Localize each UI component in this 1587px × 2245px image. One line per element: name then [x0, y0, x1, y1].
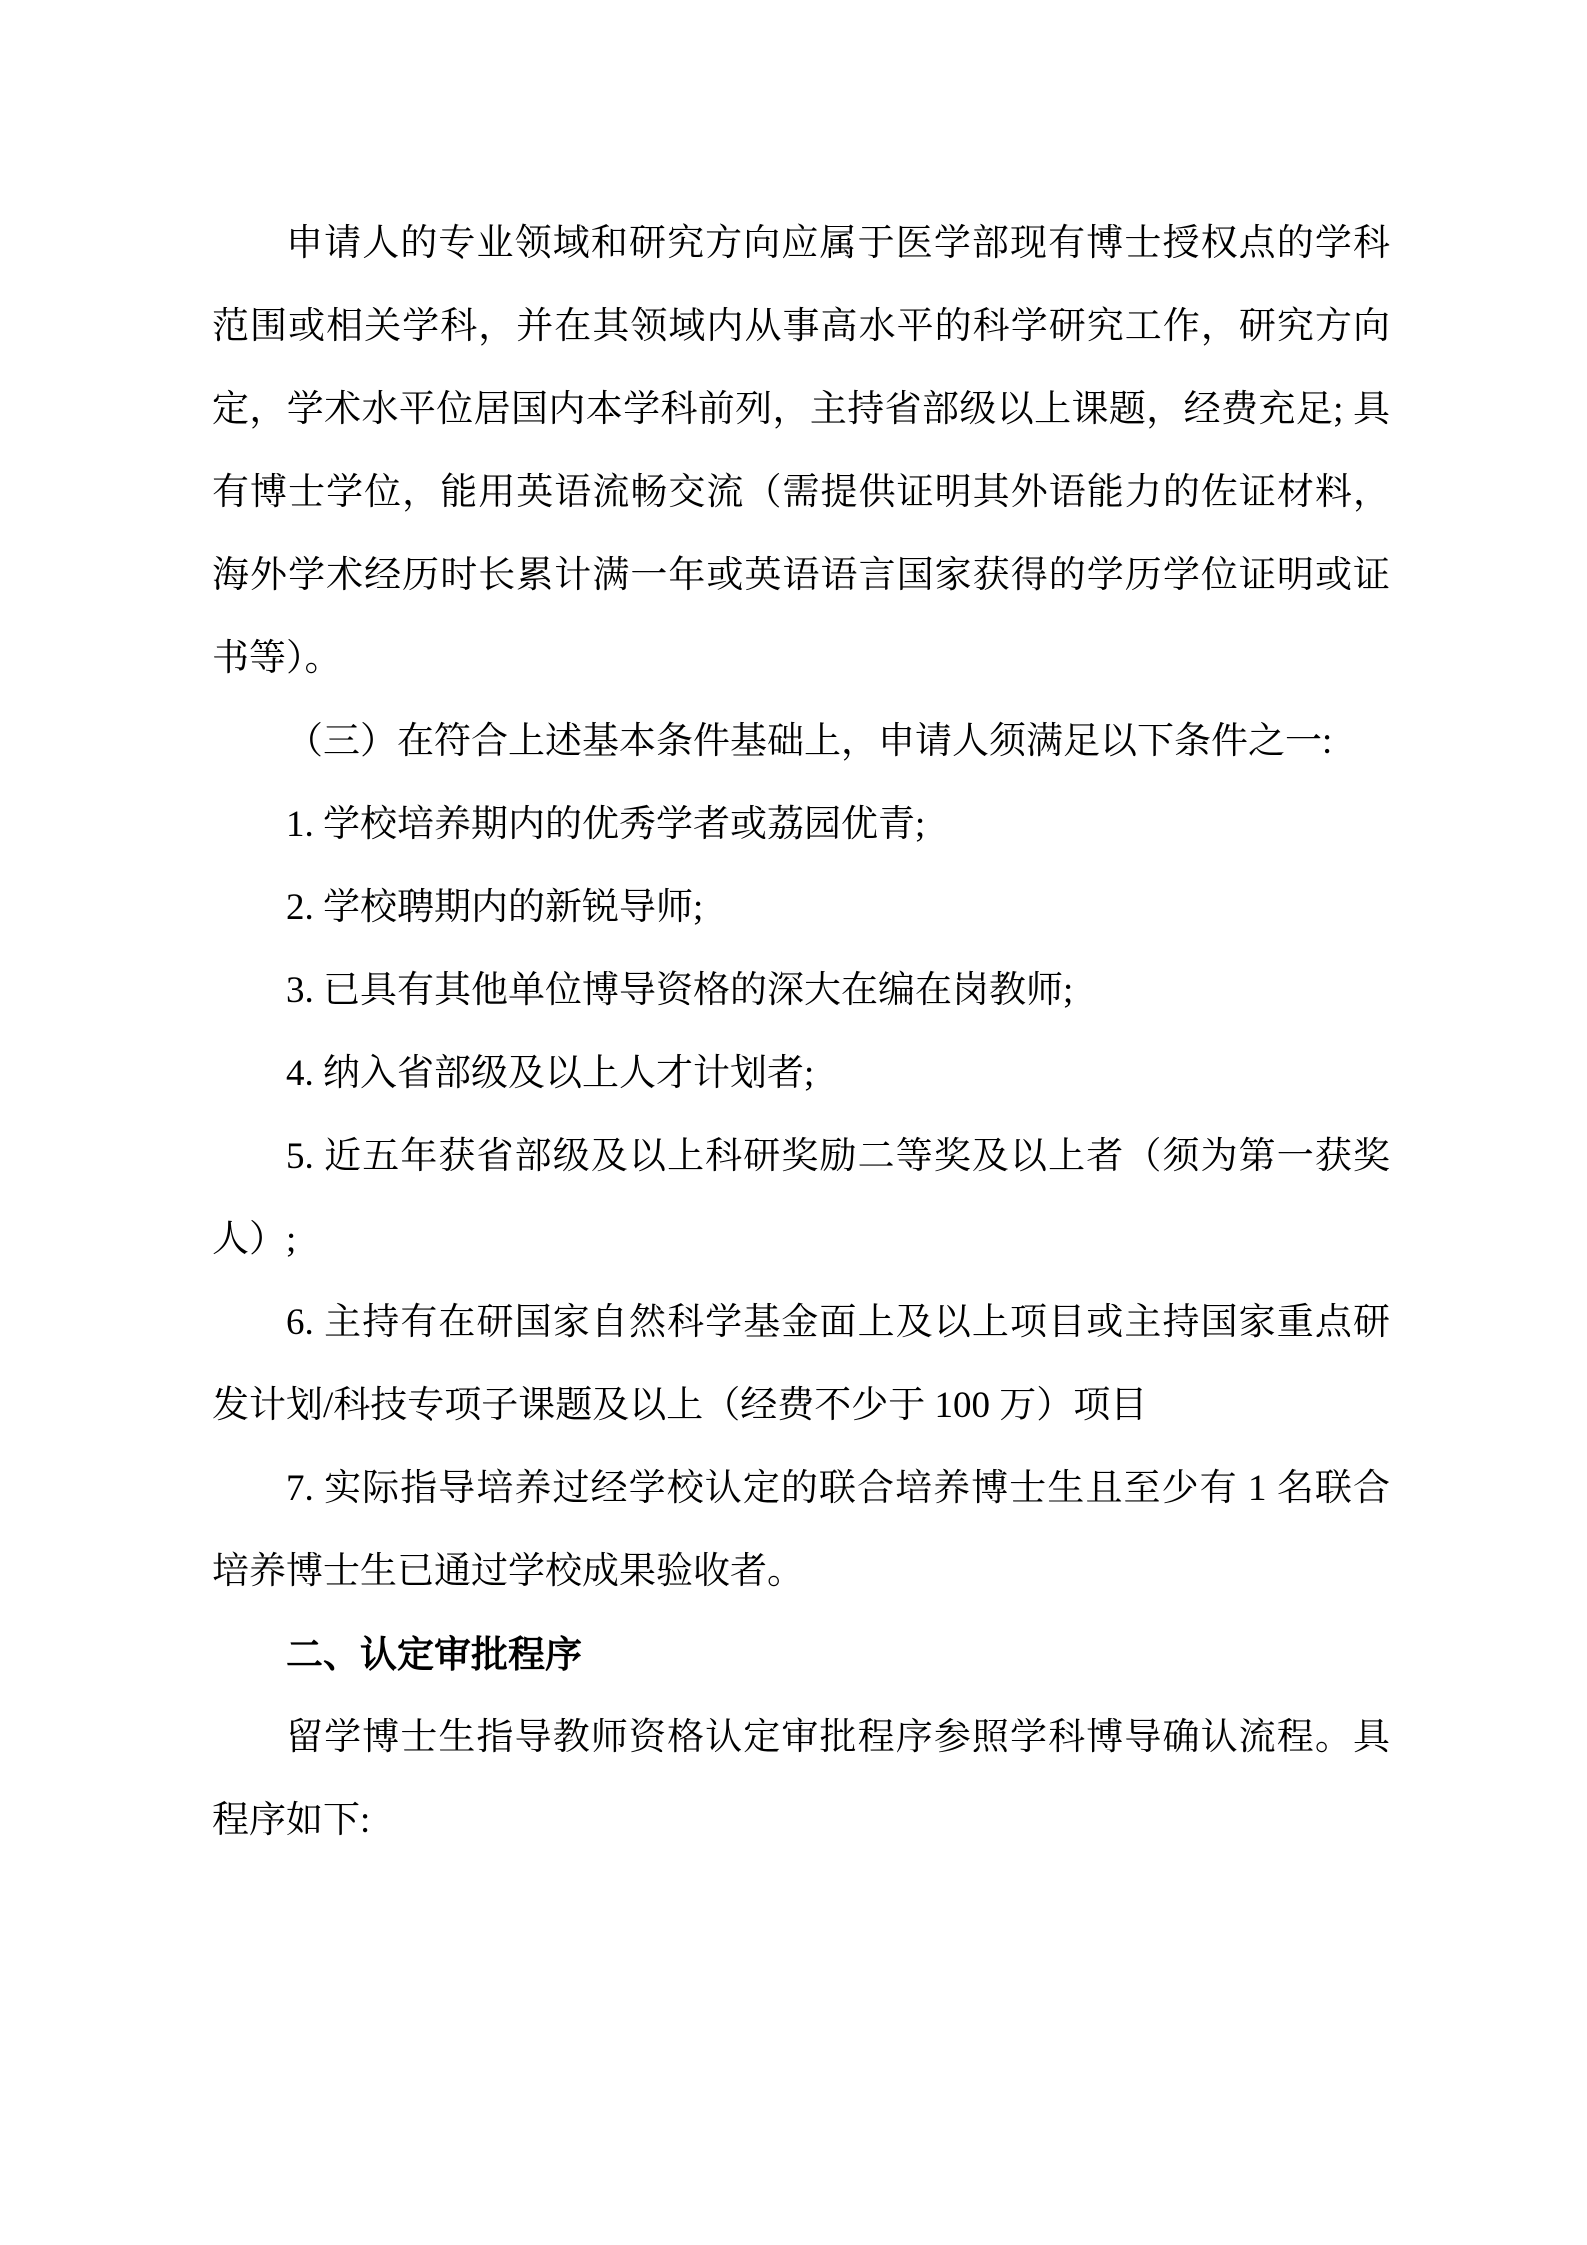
document-text-block: 申请人的专业领域和研究方向应属于医学部现有博士授权点的学科 范围或相关学科，并在… — [212, 202, 1390, 1862]
list-item: 1. 学校培养期内的优秀学者或荔园优青; — [212, 783, 1390, 866]
text-line: 书等）。 — [212, 617, 1390, 700]
list-item: 7. 实际指导培养过经学校认定的联合培养博士生且至少有 1 名联合 — [212, 1447, 1390, 1530]
text-line: 海外学术经历时长累计满一年或英语语言国家获得的学历学位证明或证 — [212, 534, 1390, 617]
list-item: 培养博士生已通过学校成果验收者。 — [212, 1530, 1390, 1613]
list-item: 6. 主持有在研国家自然科学基金面上及以上项目或主持国家重点研 — [212, 1281, 1390, 1364]
text-line: 范围或相关学科，并在其领域内从事高水平的科学研究工作，研究方向稳 — [212, 285, 1390, 368]
section-heading: 二、认定审批程序 — [212, 1613, 1390, 1696]
text-line: 申请人的专业领域和研究方向应属于医学部现有博士授权点的学科 — [212, 202, 1390, 285]
list-item: 4. 纳入省部级及以上人才计划者; — [212, 1032, 1390, 1115]
text-line: （三）在符合上述基本条件基础上，申请人须满足以下条件之一: — [212, 700, 1390, 783]
document-page: 申请人的专业领域和研究方向应属于医学部现有博士授权点的学科 范围或相关学科，并在… — [0, 0, 1587, 2245]
text-line: 有博士学位，能用英语流畅交流（需提供证明其外语能力的佐证材料，如 — [212, 451, 1390, 534]
text-line: 程序如下: — [212, 1779, 1390, 1862]
text-line: 留学博士生指导教师资格认定审批程序参照学科博导确认流程。具体 — [212, 1696, 1390, 1779]
list-item: 3. 已具有其他单位博导资格的深大在编在岗教师; — [212, 949, 1390, 1032]
list-item: 5. 近五年获省部级及以上科研奖励二等奖及以上者（须为第一获奖 — [212, 1115, 1390, 1198]
list-item: 人）; — [212, 1198, 1390, 1281]
list-item: 发计划/科技专项子课题及以上（经费不少于 100 万）项目 — [212, 1364, 1390, 1447]
list-item: 2. 学校聘期内的新锐导师; — [212, 866, 1390, 949]
text-line: 定，学术水平位居国内本学科前列，主持省部级以上课题，经费充足; 具 — [212, 368, 1390, 451]
